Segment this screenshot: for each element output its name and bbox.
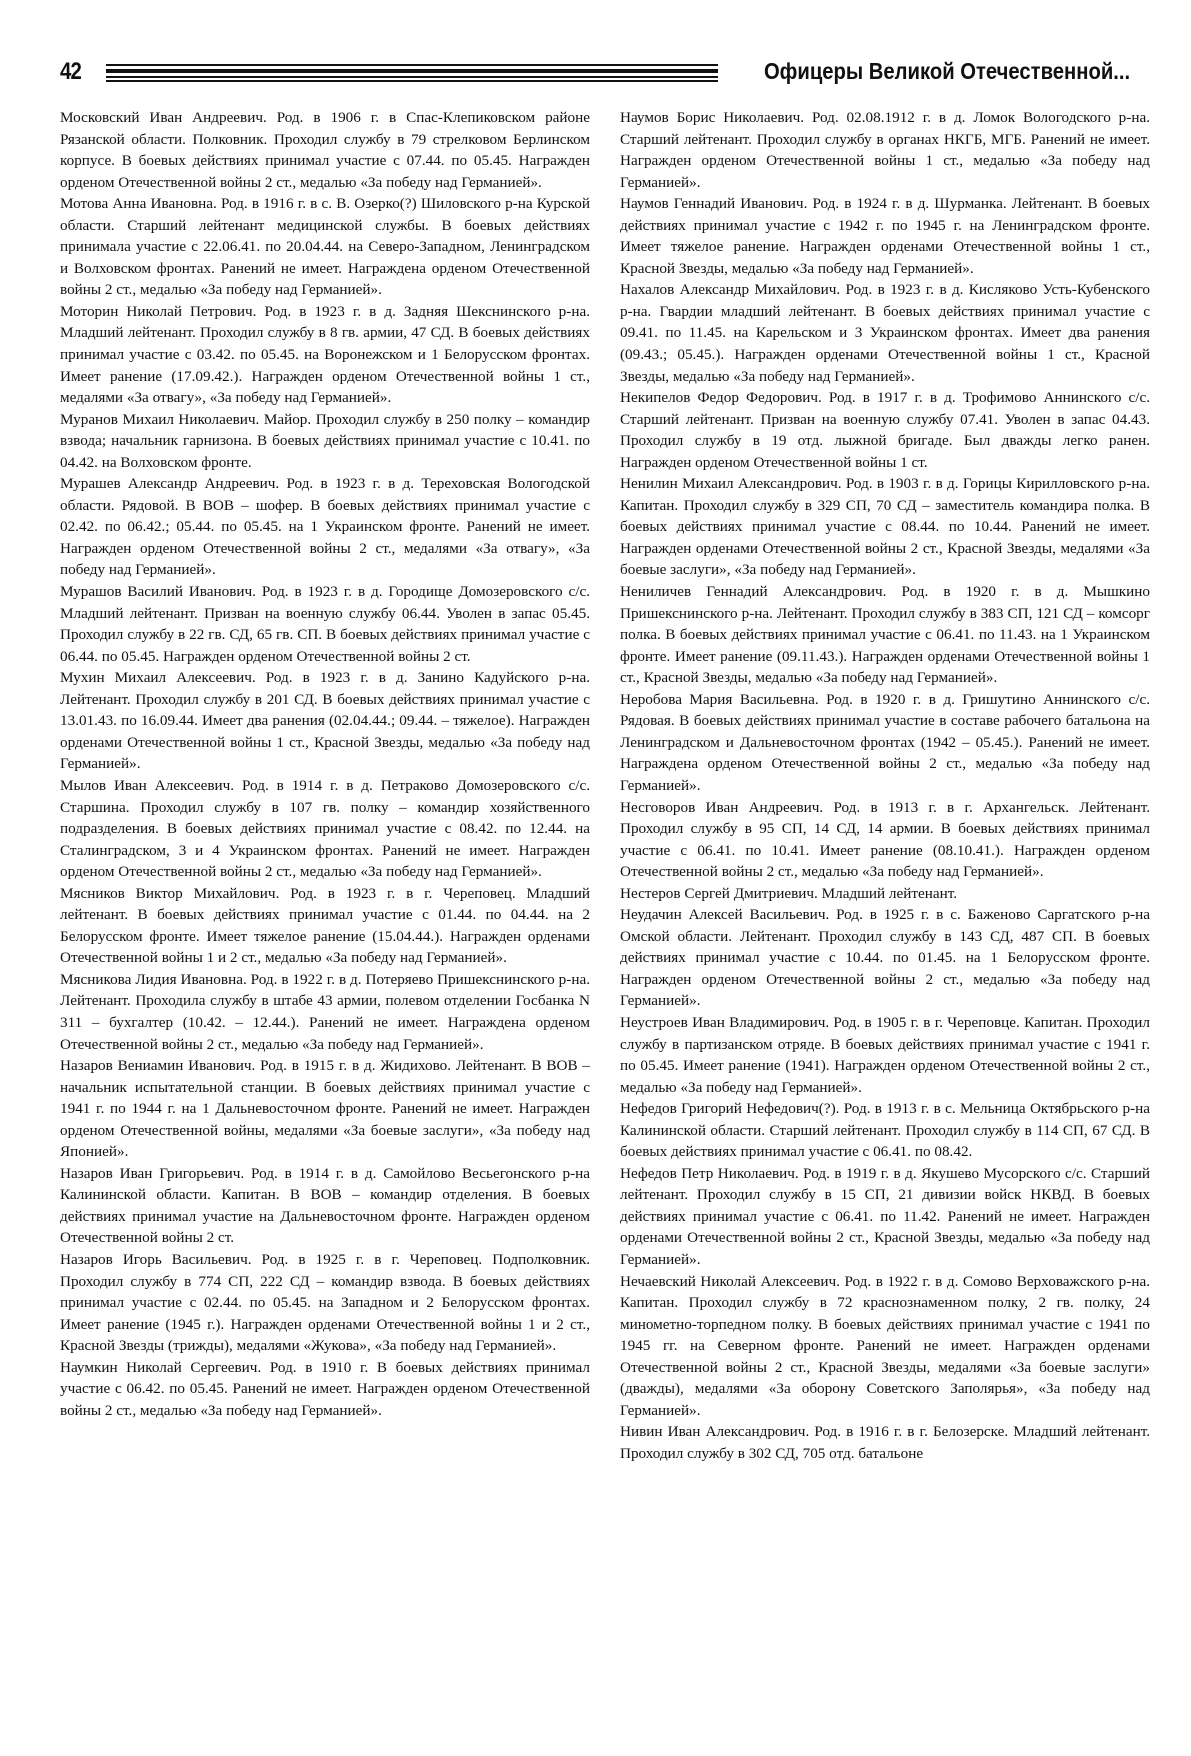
biography-entry: Несговоров Иван Андреевич. Род. в 1913 г…	[620, 797, 1150, 883]
biography-entry: Мылов Иван Алексеевич. Род. в 1914 г. в …	[60, 775, 590, 883]
biography-entry: Мясникова Лидия Ивановна. Род. в 1922 г.…	[60, 969, 590, 1055]
rule-line	[106, 80, 718, 82]
biography-entry: Мухин Михаил Алексеевич. Род. в 1923 г. …	[60, 667, 590, 775]
biography-entry: Неустроев Иван Владимирович. Род. в 1905…	[620, 1012, 1150, 1098]
biography-entry: Некипелов Федор Федорович. Род. в 1917 г…	[620, 387, 1150, 473]
left-column: Московский Иван Андреевич. Род. в 1906 г…	[60, 107, 590, 1421]
right-column: Наумов Борис Николаевич. Род. 02.08.1912…	[620, 107, 1150, 1464]
biography-entry: Наумкин Николай Сергеевич. Род. в 1910 г…	[60, 1357, 590, 1422]
biography-entry: Неробова Мария Васильевна. Род. в 1920 г…	[620, 689, 1150, 797]
rule-line	[106, 69, 718, 73]
biography-entry: Нениличев Геннадий Александрович. Род. в…	[620, 581, 1150, 689]
biography-entry: Нефедов Григорий Нефедович(?). Род. в 19…	[620, 1098, 1150, 1163]
header-rule-divider	[106, 64, 718, 82]
biography-entry: Назаров Иван Григорьевич. Род. в 1914 г.…	[60, 1163, 590, 1249]
biography-entry: Наумов Геннадий Иванович. Род. в 1924 г.…	[620, 193, 1150, 279]
biography-entry: Ненилин Михаил Александрович. Род. в 190…	[620, 473, 1150, 581]
biography-entry: Нахалов Александр Михайлович. Род. в 192…	[620, 279, 1150, 387]
rule-line	[106, 64, 718, 66]
page-header: 42 Офицеры Великой Отечественной...	[60, 52, 1130, 92]
running-title: Офицеры Великой Отечественной...	[764, 58, 1130, 85]
biography-entry: Муранов Михаил Николаевич. Майор. Проход…	[60, 409, 590, 474]
biography-entry: Наумов Борис Николаевич. Род. 02.08.1912…	[620, 107, 1150, 193]
biography-entry: Нестеров Сергей Дмитриевич. Младший лейт…	[620, 883, 1150, 905]
biography-entry: Мурашев Александр Андреевич. Род. в 1923…	[60, 473, 590, 581]
biography-entry: Моторин Николай Петрович. Род. в 1923 г.…	[60, 301, 590, 409]
biography-entry: Мясников Виктор Михайлович. Род. в 1923 …	[60, 883, 590, 969]
biography-entry: Неудачин Алексей Васильевич. Род. в 1925…	[620, 904, 1150, 1012]
biography-entry: Мурашов Василий Иванович. Род. в 1923 г.…	[60, 581, 590, 667]
rule-line	[106, 76, 718, 78]
biography-entry: Назаров Вениамин Иванович. Род. в 1915 г…	[60, 1055, 590, 1163]
biography-entry: Мотова Анна Ивановна. Род. в 1916 г. в с…	[60, 193, 590, 301]
biography-entry: Нефедов Петр Николаевич. Род. в 1919 г. …	[620, 1163, 1150, 1271]
biography-entry: Назаров Игорь Васильевич. Род. в 1925 г.…	[60, 1249, 590, 1357]
biography-entry: Московский Иван Андреевич. Род. в 1906 г…	[60, 107, 590, 193]
biography-entry: Нечаевский Николай Алексеевич. Род. в 19…	[620, 1271, 1150, 1422]
page-number: 42	[60, 58, 81, 86]
biography-entry: Нивин Иван Александрович. Род. в 1916 г.…	[620, 1421, 1150, 1464]
